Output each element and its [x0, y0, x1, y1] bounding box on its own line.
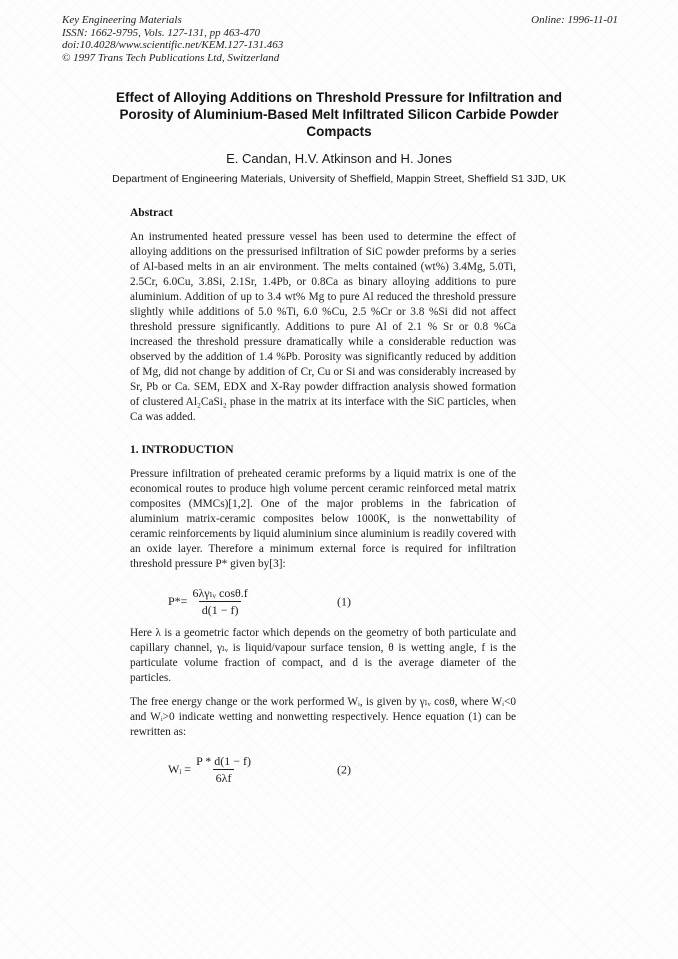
equation-2-fraction: P * d(1 − f) 6λf	[193, 754, 254, 785]
introduction-para-2: Here λ is a geometric factor which depen…	[130, 626, 516, 686]
journal-name: Key Engineering Materials	[62, 14, 283, 27]
abstract-text: An instrumented heated pressure vessel h…	[130, 230, 516, 425]
equation-1-numerator: 6λγₗᵥ cosθ.f	[189, 586, 250, 601]
journal-issn-line: ISSN: 1662-9795, Vols. 127-131, pp 463-4…	[62, 27, 283, 40]
journal-info-block: Key Engineering Materials ISSN: 1662-979…	[62, 14, 283, 64]
journal-header: Key Engineering Materials ISSN: 1662-979…	[0, 0, 678, 64]
equation-2-denominator: 6λf	[213, 769, 235, 785]
equation-2-lhs: Wᵢ =	[168, 762, 191, 777]
authors-line: E. Candan, H.V. Atkinson and H. Jones	[0, 151, 678, 166]
introduction-heading: 1. INTRODUCTION	[130, 443, 516, 458]
equation-2-number: (2)	[337, 762, 351, 777]
paper-body: Abstract An instrumented heated pressure…	[130, 206, 516, 785]
introduction-para-1: Pressure infiltration of preheated ceram…	[130, 467, 516, 572]
journal-copyright-line: © 1997 Trans Tech Publications Ltd, Swit…	[62, 52, 283, 65]
journal-doi-line: doi:10.4028/www.scientific.net/KEM.127-1…	[62, 39, 283, 52]
equation-2: Wᵢ = P * d(1 − f) 6λf (2)	[130, 754, 516, 785]
paper-page: Key Engineering Materials ISSN: 1662-979…	[0, 0, 678, 959]
equation-1-lhs: P*=	[168, 594, 187, 609]
equation-1: P*= 6λγₗᵥ cosθ.f d(1 − f) (1)	[130, 586, 516, 617]
introduction-para-3: The free energy change or the work perfo…	[130, 695, 516, 740]
equation-1-number: (1)	[337, 594, 351, 609]
equation-2-numerator: P * d(1 − f)	[193, 754, 254, 769]
paper-title: Effect of Alloying Additions on Threshol…	[100, 89, 578, 140]
affiliation-line: Department of Engineering Materials, Uni…	[0, 173, 678, 185]
equation-1-denominator: d(1 − f)	[199, 601, 242, 617]
abstract-heading: Abstract	[130, 206, 516, 221]
online-date: Online: 1996-11-01	[531, 14, 618, 27]
equation-1-fraction: 6λγₗᵥ cosθ.f d(1 − f)	[189, 586, 250, 617]
